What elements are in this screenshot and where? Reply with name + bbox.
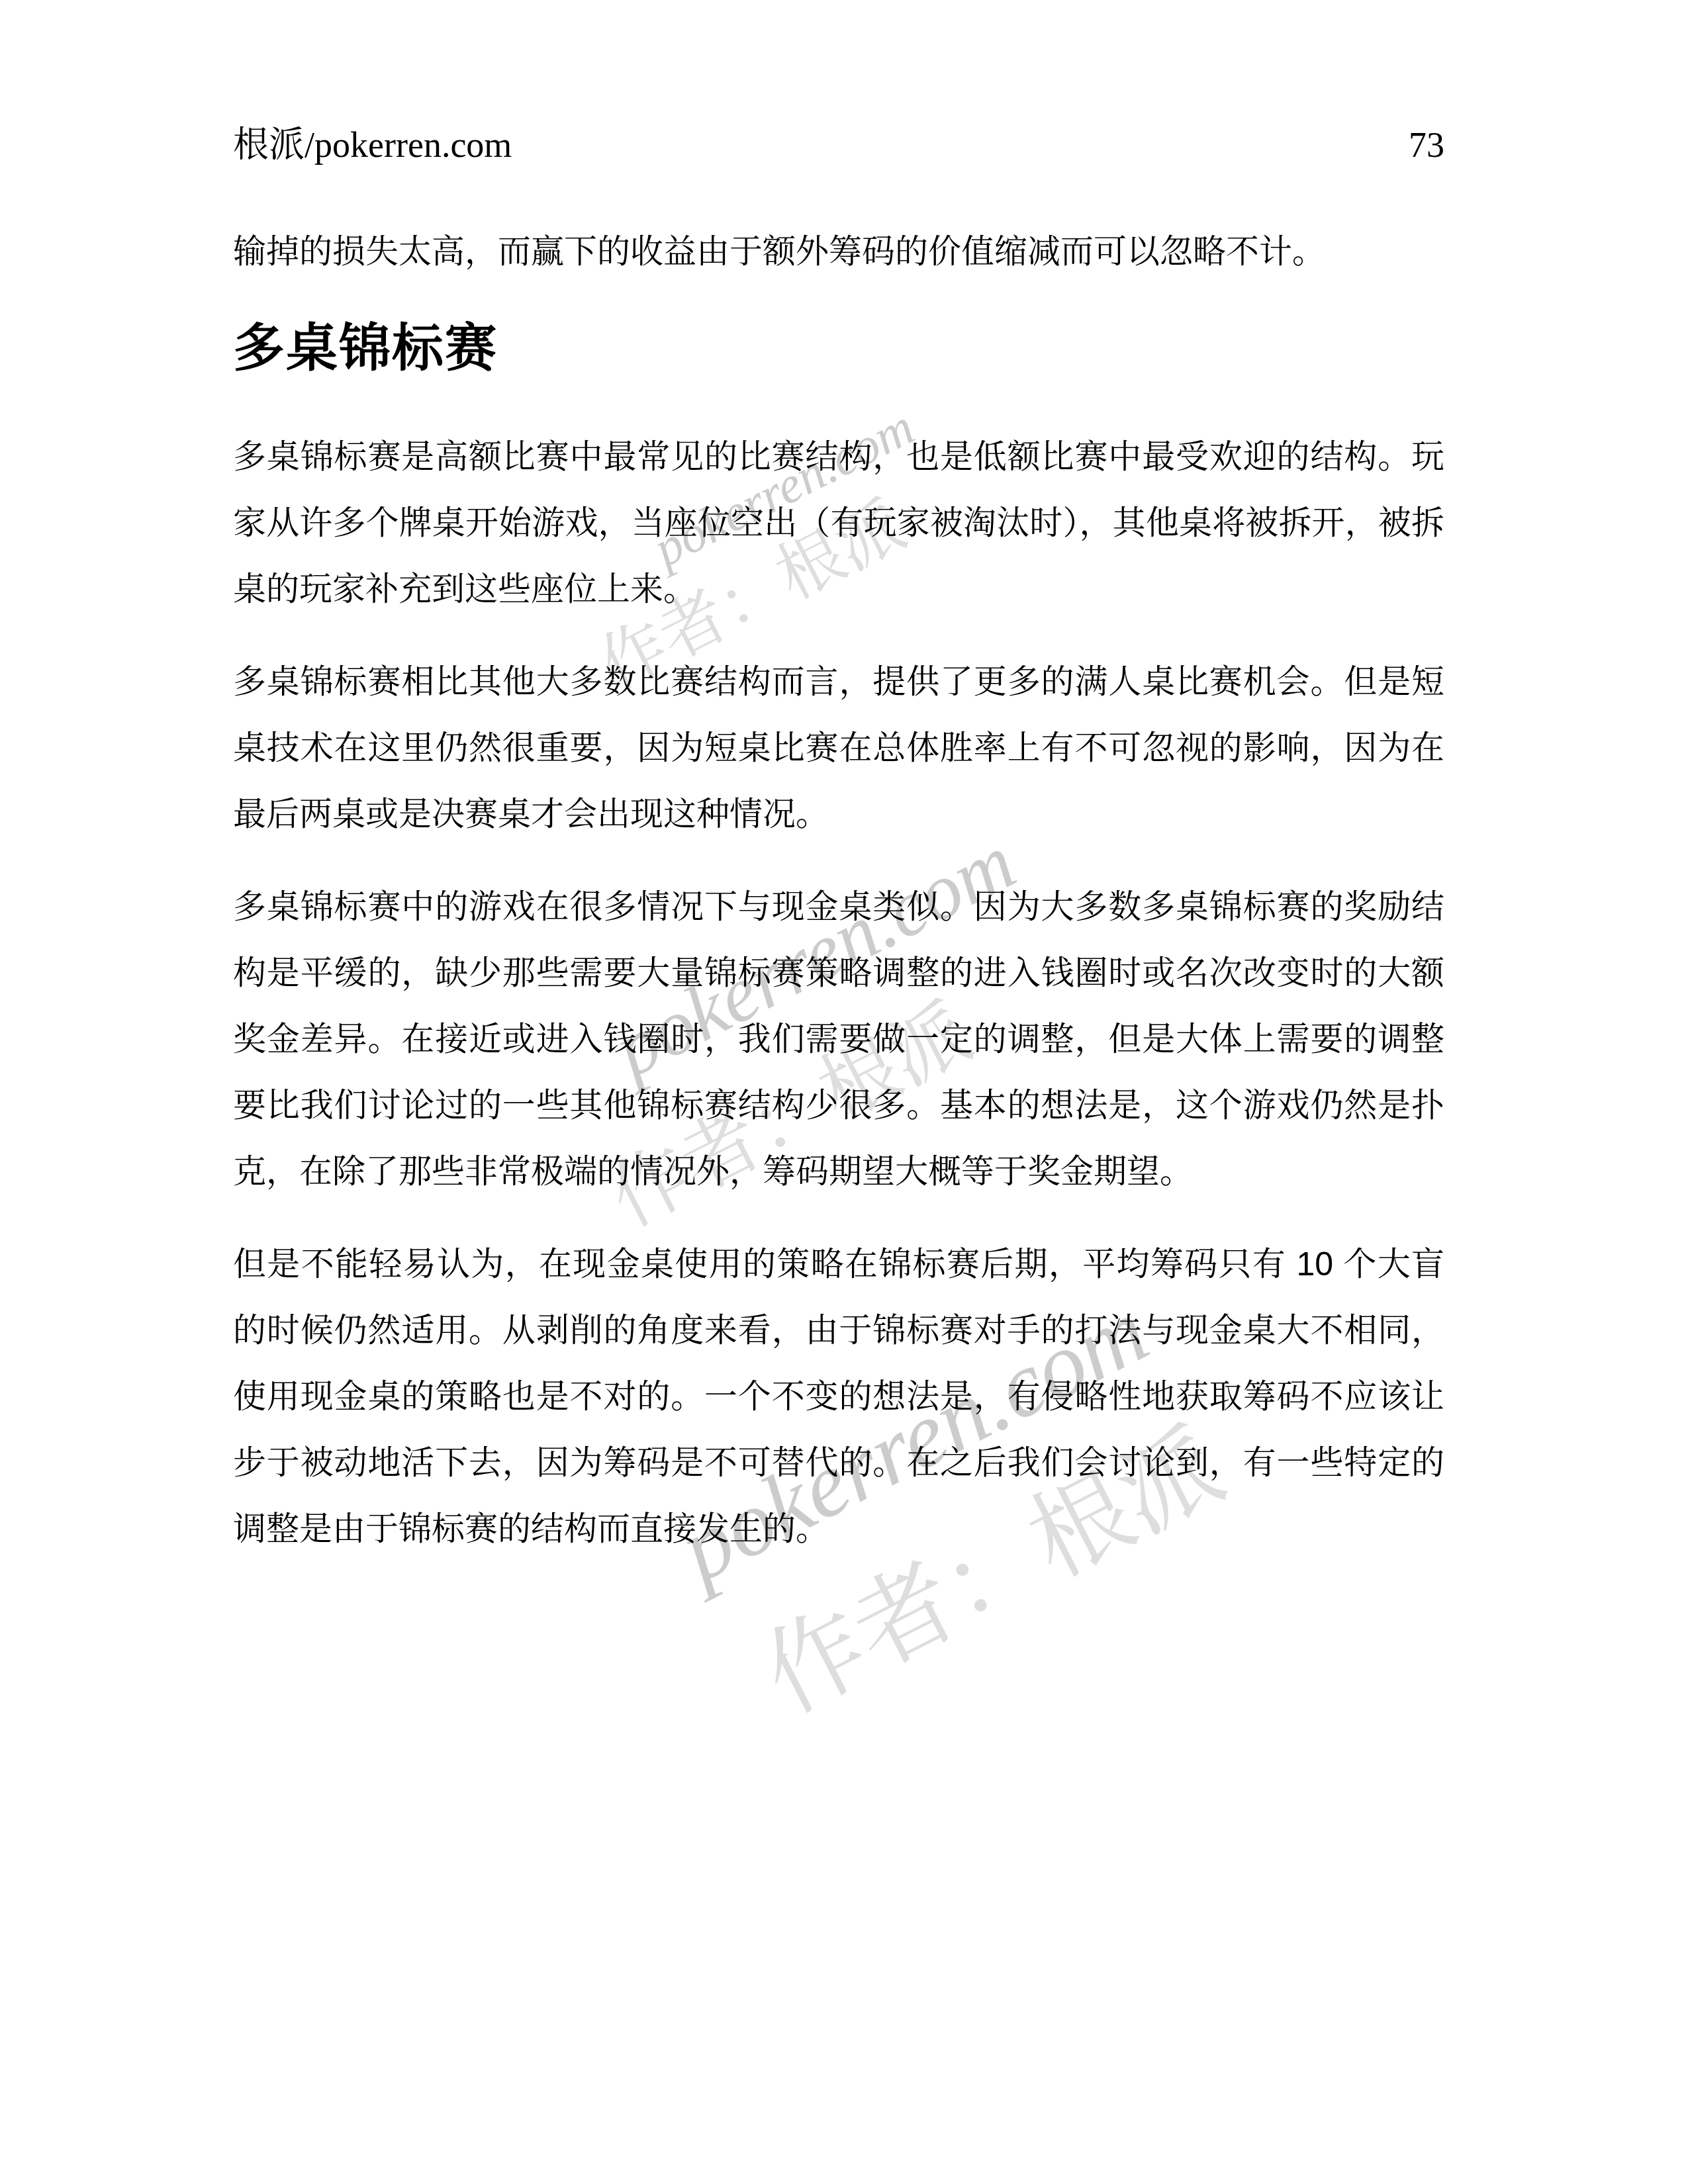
section-heading: 多桌锦标赛 — [233, 316, 1444, 380]
section-body: 多桌锦标赛是高额比赛中最常见的比赛结构，也是低额比赛中最受欢迎的结构。玩家从许多… — [233, 424, 1444, 1588]
header-site-label: 根派/pokerren.com — [233, 124, 512, 165]
paragraph: 多桌锦标赛是高额比赛中最常见的比赛结构，也是低额比赛中最受欢迎的结构。玩家从许多… — [233, 424, 1444, 622]
document-page: pokerren.com 作者：根派 pokerren.com 作者：根派 po… — [0, 0, 1688, 2184]
page-number: 73 — [1409, 124, 1444, 165]
paragraph: 但是不能轻易认为，在现金桌使用的策略在锦标赛后期，平均筹码只有 10 个大盲的时… — [233, 1231, 1444, 1562]
paragraph: 多桌锦标赛中的游戏在很多情况下与现金桌类似。因为大多数多桌锦标赛的奖励结构是平缓… — [233, 874, 1444, 1205]
intro-paragraph: 输掉的损失太高，而赢下的收益由于额外筹码的价值缩减而可以忽略不计。 — [233, 218, 1444, 285]
page-header: 根派/pokerren.com 73 — [233, 124, 1444, 165]
paragraph: 多桌锦标赛相比其他大多数比赛结构而言，提供了更多的满人桌比赛机会。但是短桌技术在… — [233, 649, 1444, 847]
